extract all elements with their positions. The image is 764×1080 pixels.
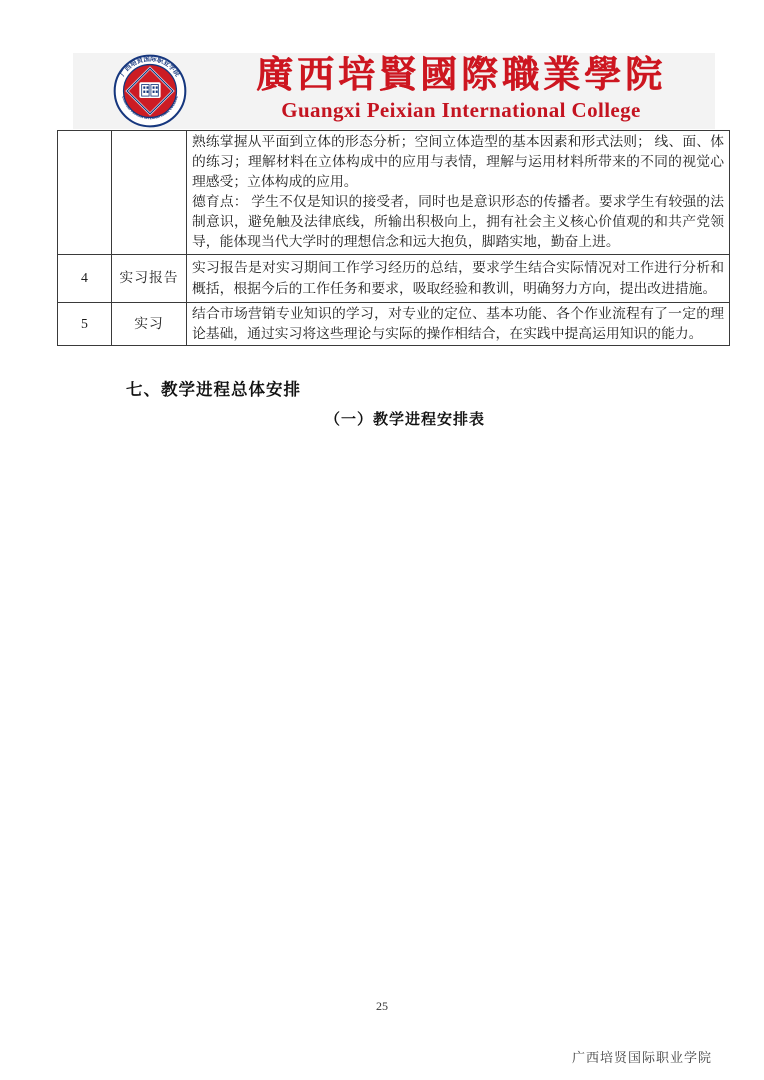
row-content-cell: 熟练掌握从平面到立体的形态分析；空间立体造型的基本因素和形式法则； 线、面、体的… [187, 131, 730, 255]
table-row-internship: 5 实习 结合市场营销专业知识的学习，对专业的定位、基本功能、各个作业流程有了一… [58, 303, 730, 346]
college-name-chinese: 廣西培賢國際職業學院 [211, 54, 711, 98]
page-number: 25 [0, 999, 764, 1014]
footer-college-name: 广西培贤国际职业学院 [572, 1047, 712, 1066]
college-logo-icon: 广西培贤国际职业学院 GUANGXI PEIXIAN INTERNATIONAL… [113, 54, 187, 128]
row-number-cell: 4 [58, 255, 112, 303]
cell-paragraph: 结合市场营销专业知识的学习，对专业的定位、基本功能、各个作业流程有了一定的理论基… [192, 304, 724, 344]
cell-paragraph: 实习报告是对实习期间工作学习经历的总结，要求学生结合实际情况对工作进行分析和概括… [192, 258, 724, 298]
row-number-cell: 5 [58, 303, 112, 346]
college-logo: 广西培贤国际职业学院 GUANGXI PEIXIAN INTERNATIONAL… [113, 54, 187, 128]
row-name-cell [112, 131, 187, 255]
row-content-cell: 结合市场营销专业知识的学习，对专业的定位、基本功能、各个作业流程有了一定的理论基… [187, 303, 730, 346]
cell-paragraph: 德育点： 学生不仅是知识的接受者，同时也是意识形态的传播者。要求学生有较强的法制… [192, 192, 724, 252]
table-row-continued: 熟练掌握从平面到立体的形态分析；空间立体造型的基本因素和形式法则； 线、面、体的… [58, 131, 730, 255]
section-heading: 七、教学进程总体安排 [126, 376, 301, 400]
table-row-internship-report: 4 实习报告 实习报告是对实习期间工作学习经历的总结，要求学生结合实际情况对工作… [58, 255, 730, 303]
row-name-cell: 实习报告 [112, 255, 187, 303]
college-header: 广西培贤国际职业学院 GUANGXI PEIXIAN INTERNATIONAL… [73, 53, 715, 129]
row-number-cell [58, 131, 112, 255]
row-content-cell: 实习报告是对实习期间工作学习经历的总结，要求学生结合实际情况对工作进行分析和概括… [187, 255, 730, 303]
college-titles: 廣西培賢國際職業學院 Guangxi Peixian International… [211, 53, 711, 129]
course-objectives-table: 熟练掌握从平面到立体的形态分析；空间立体造型的基本因素和形式法则； 线、面、体的… [57, 130, 730, 346]
row-name-cell: 实习 [112, 303, 187, 346]
subsection-heading: （一）教学进程安排表 [0, 408, 764, 429]
document-page: 广西培贤国际职业学院 GUANGXI PEIXIAN INTERNATIONAL… [0, 0, 764, 1080]
college-name-english: Guangxi Peixian International College [211, 98, 711, 122]
cell-paragraph: 熟练掌握从平面到立体的形态分析；空间立体造型的基本因素和形式法则； 线、面、体的… [192, 132, 724, 192]
